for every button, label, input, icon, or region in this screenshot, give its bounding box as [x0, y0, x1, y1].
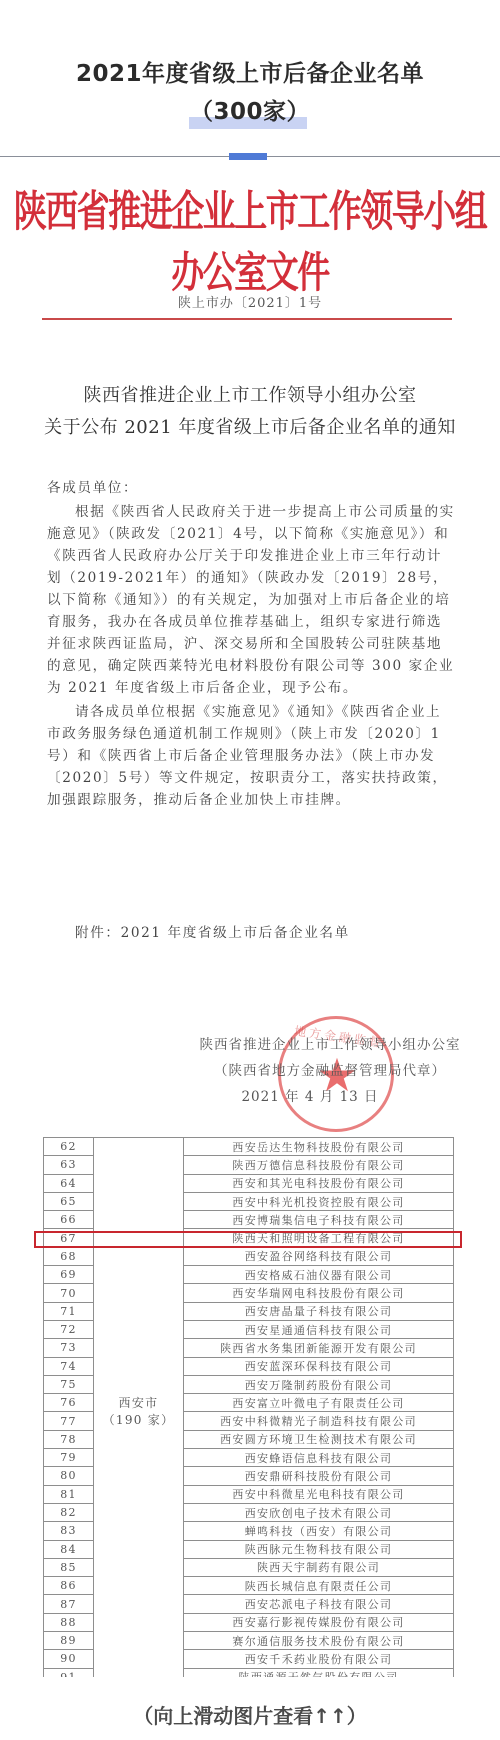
row-number: 72: [44, 1320, 94, 1338]
company-name: 西安中科微星光电科技有限公司: [184, 1485, 454, 1503]
body-paragraph-1: 根据《陕西省人民政府关于进一步提高上市公司质量的实施意见》（陕政发〔2021〕4…: [47, 501, 455, 699]
row-number: 89: [44, 1632, 94, 1650]
company-name: 西安盈谷网络科技有限公司: [184, 1247, 454, 1265]
row-number: 69: [44, 1266, 94, 1284]
row-number: 64: [44, 1174, 94, 1192]
scroll-hint: （向上滑动图片查看↑↑）: [0, 1700, 500, 1729]
body-paragraph-2: 请各成员单位根据《实施意见》《通知》《陕西省企业上市政务服务绿色通道机制工作规则…: [47, 701, 455, 811]
region-count: （190 家）: [94, 1412, 183, 1429]
company-name: 西安岳达生物科技股份有限公司: [184, 1138, 454, 1156]
company-name: 西安万隆制药股份有限公司: [184, 1375, 454, 1393]
row-number: 87: [44, 1595, 94, 1613]
company-name: 西安富立叶微电子有限责任公司: [184, 1394, 454, 1412]
company-name: 西安蜂语信息科技有限公司: [184, 1449, 454, 1467]
row-number: 68: [44, 1247, 94, 1265]
company-name: 西安鼎研科技股份有限公司: [184, 1467, 454, 1485]
company-name: 西安欣创电子技术有限公司: [184, 1503, 454, 1521]
company-name: 西安格威石油仪器有限公司: [184, 1266, 454, 1284]
signature-seal-note: （陕西省地方金融监督管理局代章）: [180, 1059, 480, 1079]
row-number: 79: [44, 1449, 94, 1467]
company-name: 西安嘉行影视传媒股份有限公司: [184, 1613, 454, 1631]
company-name: 西安和其光电科技股份有限公司: [184, 1174, 454, 1192]
row-number: 84: [44, 1540, 94, 1558]
company-list-table: 62西安市（190 家）西安岳达生物科技股份有限公司63陕西万德信息科技股份有限…: [43, 1137, 454, 1687]
row-number: 63: [44, 1156, 94, 1174]
company-name: 赛尔通信服务技术股份有限公司: [184, 1632, 454, 1650]
row-number: 85: [44, 1558, 94, 1576]
row-number: 66: [44, 1211, 94, 1229]
company-name: 西安圆方环境卫生检测技术有限公司: [184, 1430, 454, 1448]
notice-title-line1: 陕西省推进企业上市工作领导小组办公室: [0, 381, 500, 407]
row-number: 81: [44, 1485, 94, 1503]
company-name: 陕西长城信息有限责任公司: [184, 1577, 454, 1595]
company-name: 西安芯派电子科技有限公司: [184, 1595, 454, 1613]
page-title: 2021年度省级上市后备企业名单: [0, 55, 500, 88]
row-number: 70: [44, 1284, 94, 1302]
company-name: 西安星通通信科技有限公司: [184, 1320, 454, 1338]
row-number: 82: [44, 1503, 94, 1521]
company-name: 西安博瑞集信电子科技有限公司: [184, 1211, 454, 1229]
salutation: 各成员单位：: [47, 477, 455, 499]
table-row: 62西安市（190 家）西安岳达生物科技股份有限公司: [44, 1138, 454, 1156]
attachment-note: 附件：2021 年度省级上市后备企业名单: [75, 922, 483, 944]
signature-date: 2021 年 4 月 13 日: [190, 1085, 430, 1105]
company-name: 陕西万德信息科技股份有限公司: [184, 1156, 454, 1174]
company-name: 西安蓝深环保科技有限公司: [184, 1357, 454, 1375]
company-name: 西安中科光机投资控股有限公司: [184, 1192, 454, 1210]
company-name: 陕西天宇制药有限公司: [184, 1558, 454, 1576]
row-number: 74: [44, 1357, 94, 1375]
row-number: 73: [44, 1339, 94, 1357]
row-number: 76: [44, 1394, 94, 1412]
issuer-red-header: 陕西省推进企业上市工作领导小组办公室文件: [0, 178, 500, 300]
red-rule-divider: [42, 318, 452, 320]
row-number: 83: [44, 1522, 94, 1540]
company-name: 陕西省水务集团新能源开发有限公司: [184, 1339, 454, 1357]
company-name: 陕西脉元生物科技有限公司: [184, 1540, 454, 1558]
company-name: 蝉鸣科技（西安）有限公司: [184, 1522, 454, 1540]
company-name: 西安唐晶量子科技有限公司: [184, 1302, 454, 1320]
divider-accent: [229, 153, 267, 160]
row-number: 80: [44, 1467, 94, 1485]
row-number: 65: [44, 1192, 94, 1210]
company-name: 西安中科微精光子制造科技有限公司: [184, 1412, 454, 1430]
row-number: 86: [44, 1577, 94, 1595]
row-number: 88: [44, 1613, 94, 1631]
row-number: 62: [44, 1138, 94, 1156]
row-number: 90: [44, 1650, 94, 1668]
region-name: 西安市: [94, 1395, 183, 1412]
document-number: 陕上市办〔2021〕1号: [0, 292, 500, 311]
region-cell: 西安市（190 家）: [94, 1138, 184, 1687]
signature-issuer: 陕西省推进企业上市工作领导小组办公室: [180, 1033, 480, 1053]
row-number: 75: [44, 1375, 94, 1393]
notice-title-line2: 关于公布 2021 年度省级上市后备企业名单的通知: [0, 413, 500, 439]
company-name: 西安华瑞网电科技股份有限公司: [184, 1284, 454, 1302]
row-number: 78: [44, 1430, 94, 1448]
row-number: 77: [44, 1412, 94, 1430]
notice-body: 各成员单位： 根据《陕西省人民政府关于进一步提高上市公司质量的实施意见》（陕政发…: [47, 477, 455, 811]
row-number: 71: [44, 1302, 94, 1320]
company-name: 西安千禾药业股份有限公司: [184, 1650, 454, 1668]
page-subtitle: （300家）: [0, 93, 500, 126]
table-cutoff: [0, 1677, 500, 1687]
highlight-box-row-67: [34, 1231, 462, 1248]
